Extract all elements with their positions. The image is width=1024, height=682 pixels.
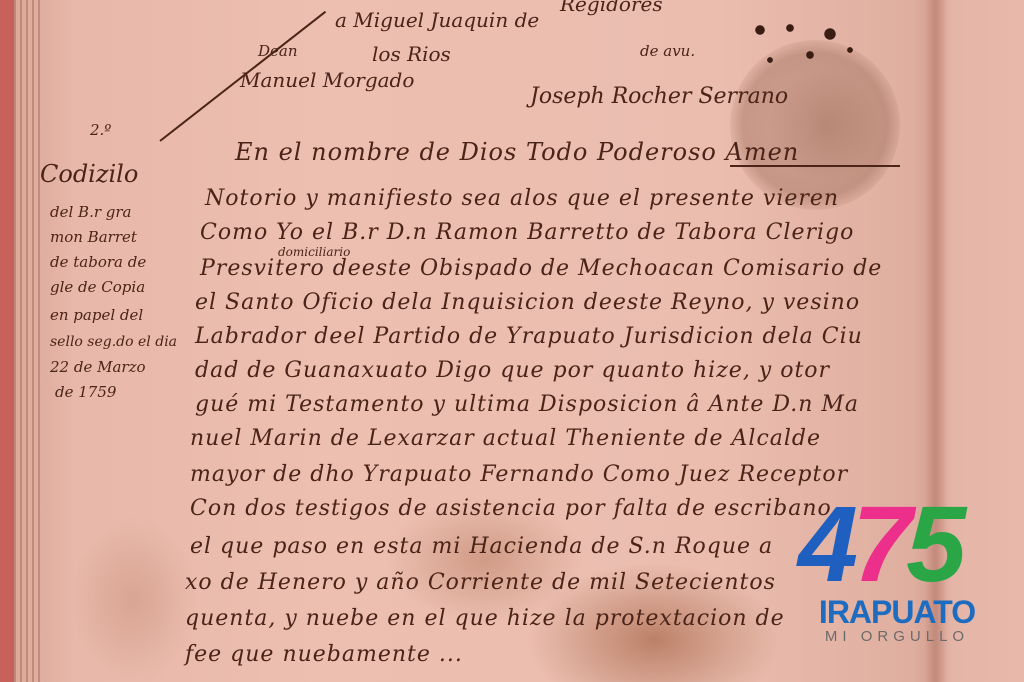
body-line: el Santo Oficio dela Inquisicion deeste … (195, 290, 860, 315)
body-line: Como Yo el B.r D.n Ramon Barretto de Tab… (200, 220, 854, 245)
right-signature-name: Joseph Rocher Serrano (530, 84, 788, 109)
margin-line: gle de Copia (50, 275, 145, 300)
margin-line: mon Barret (50, 225, 137, 250)
margin-line: 22 de Marzo (50, 355, 146, 380)
left-signature-name: Manuel Morgado (240, 68, 414, 92)
body-line: Labrador deel Partido de Yrapuato Jurisd… (195, 324, 863, 349)
logo-motto: MI ORGULLO (798, 628, 996, 645)
body-line: dad de Guanaxuato Digo que por quanto hi… (195, 358, 830, 383)
body-line: fee que nuebamente ... (185, 642, 463, 667)
right-signature-title: de avu. (640, 42, 695, 60)
body-line: mayor de dho Yrapuato Fernando Como Juez… (190, 462, 848, 487)
body-line: xo de Henero y año Corriente de mil Sete… (185, 570, 776, 595)
header-fragment: Regidores (560, 0, 663, 16)
header-line-2: los Rios (372, 42, 451, 66)
body-line: nuel Marin de Lexarzar actual Theniente … (190, 426, 821, 451)
body-line: En el nombre de Dios Todo Poderoso Amen (235, 138, 799, 166)
body-line: gué mi Testamento y ultima Disposicion â… (195, 392, 859, 417)
body-line: Presvitero deeste Obispado de Mechoacan … (200, 256, 882, 281)
anniversary-number: 475 (798, 494, 960, 594)
margin-line: en papel del (50, 303, 143, 328)
margin-line: sello seg.do el dia (50, 330, 177, 355)
body-line: Notorio y manifiesto sea alos que el pre… (205, 186, 839, 211)
margin-line: de 1759 (55, 380, 116, 405)
digit-5: 5 (906, 483, 960, 604)
logo-city-name: IRAPUATO (798, 594, 996, 631)
margin-line: de tabora de (50, 250, 146, 275)
body-line: el que paso en esta mi Hacienda de S.n R… (190, 534, 773, 559)
body-line: quenta, y nuebe en el que hize la protex… (185, 606, 785, 631)
digit-4: 4 (798, 483, 852, 604)
digit-7: 7 (852, 483, 906, 604)
page-stack-edge (14, 0, 44, 682)
ink-blots (740, 20, 880, 80)
header-line-1: a Miguel Juaquin de (335, 8, 539, 32)
margin-ordinal: 2.º (90, 118, 111, 143)
body-line: Con dos testigos de asistencia por falta… (190, 496, 832, 521)
margin-line: del B.r gra (50, 200, 132, 225)
irapuato-475-logo: 475 IRAPUATO MI ORGULLO (798, 494, 998, 654)
margin-title: Codizilo (40, 160, 138, 188)
